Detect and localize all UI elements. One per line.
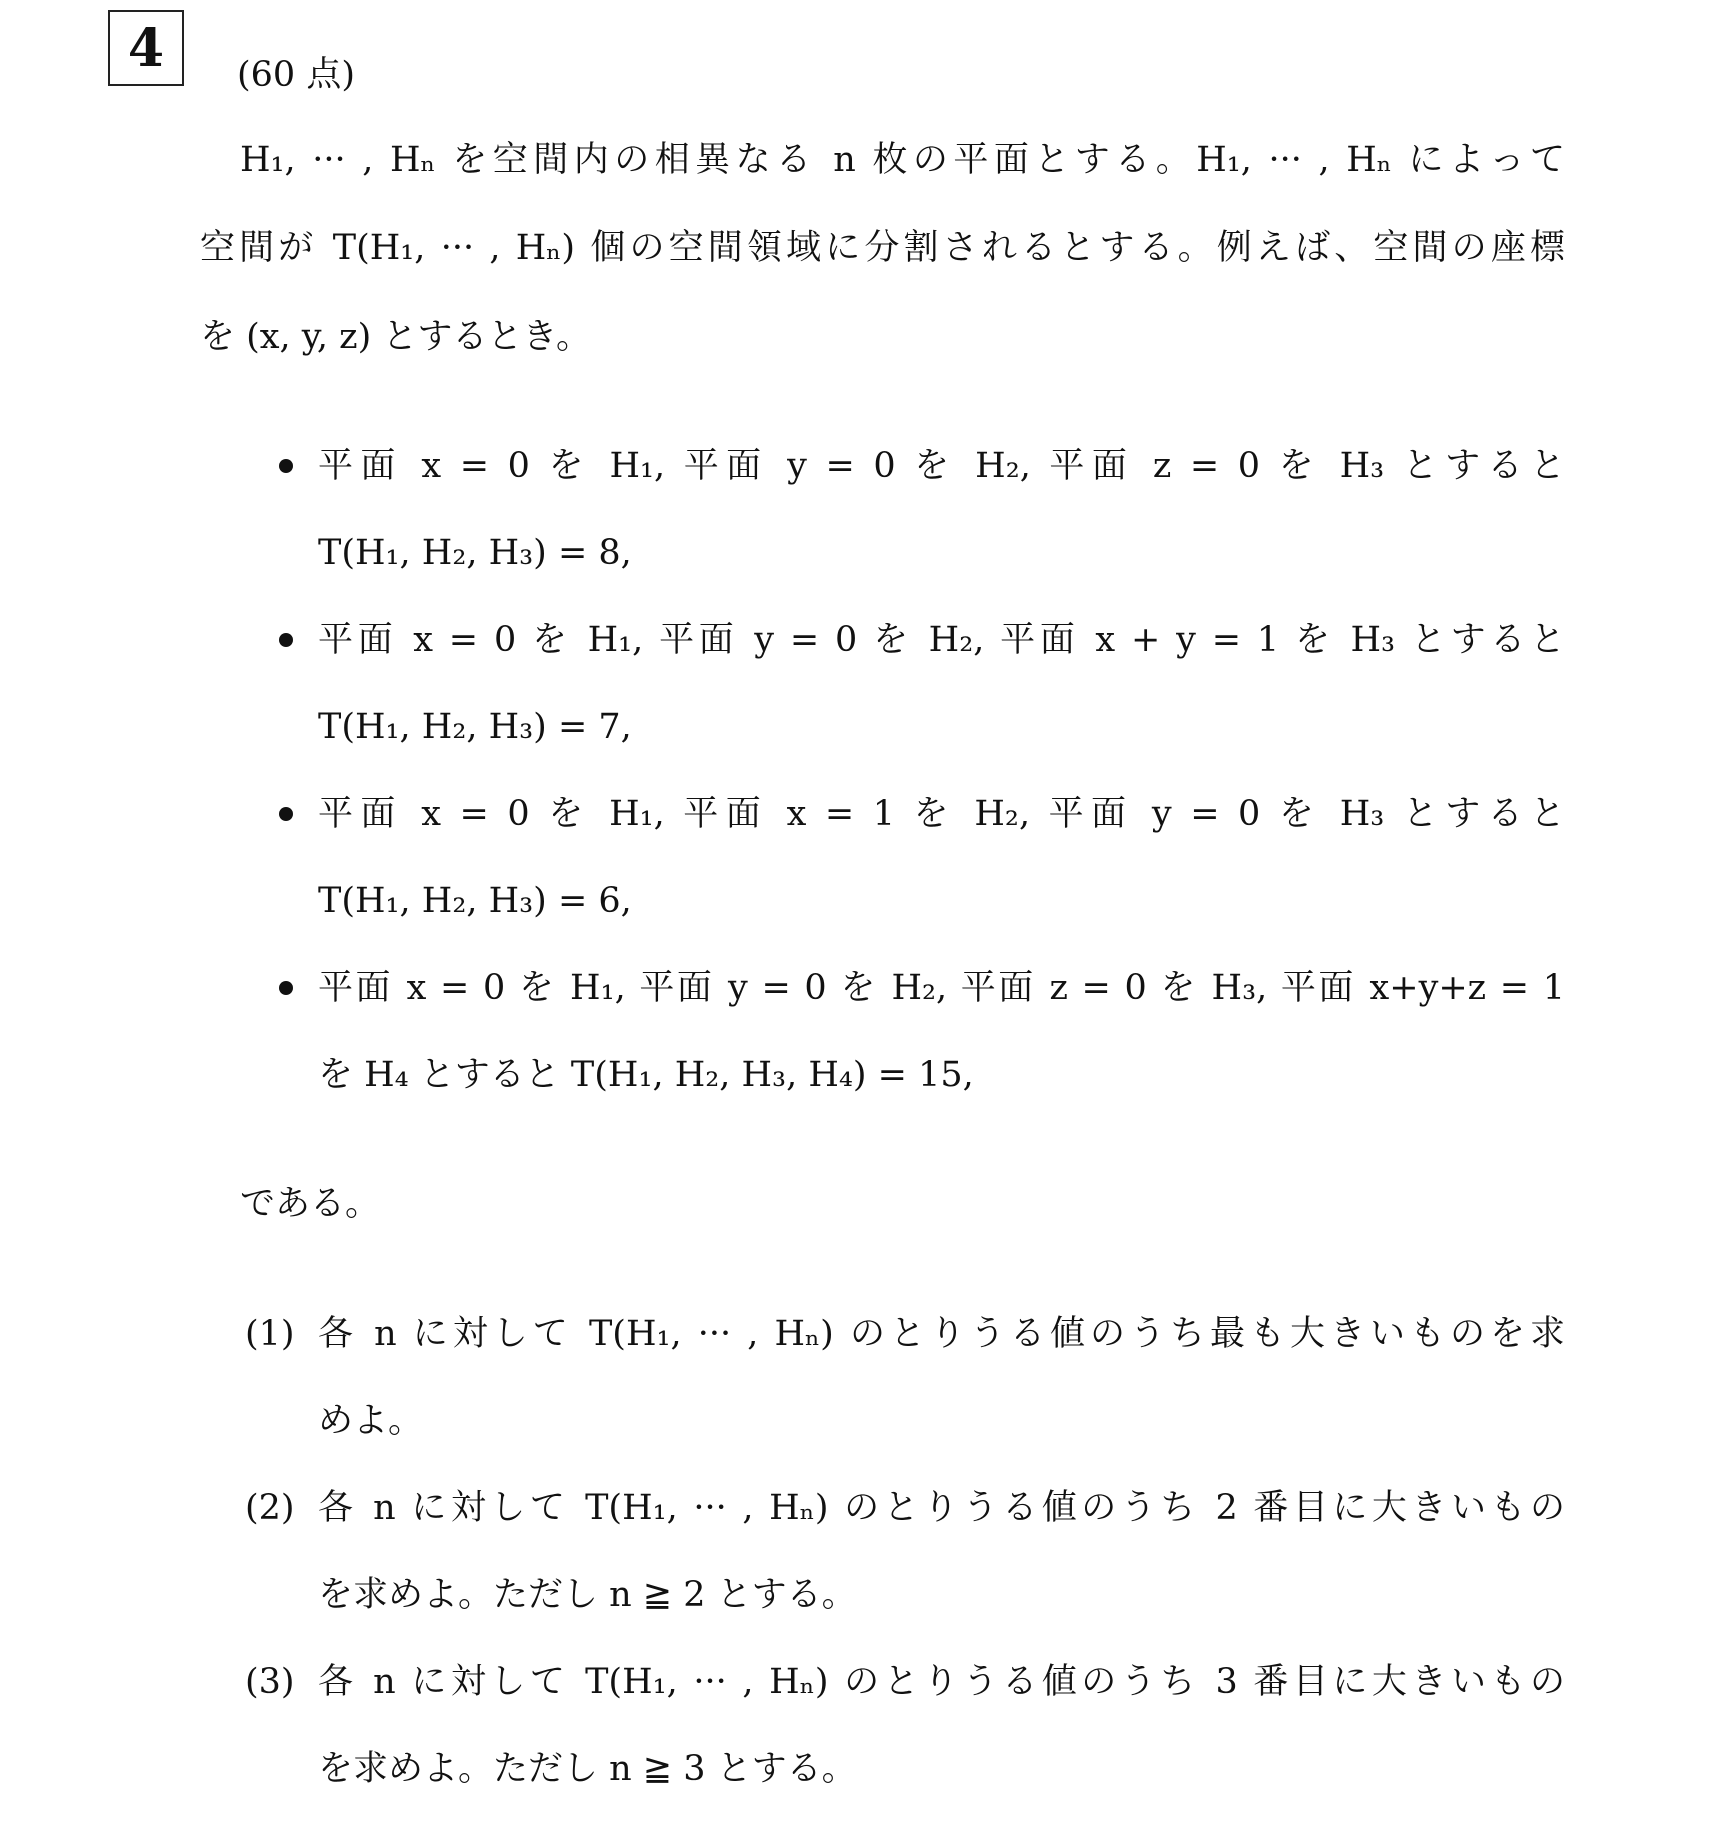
question-3-label: (3) <box>245 1660 295 1704</box>
bullet-icon <box>279 807 293 821</box>
example-1-line-1: 平面 x = 0 を H₁, 平面 y = 0 を H₂, 平面 z = 0 を… <box>318 444 1565 488</box>
example-2-line-1: 平面 x = 0 を H₁, 平面 y = 0 を H₂, 平面 x + y =… <box>318 618 1565 662</box>
example-3-line-2: T(H₁, H₂, H₃) = 6, <box>318 879 632 923</box>
example-1-line-2: T(H₁, H₂, H₃) = 8, <box>318 531 632 575</box>
question-1-line-1: 各 n に対して T(H₁, ··· , Hₙ) のとりうる値のうち最も大きいも… <box>318 1312 1565 1356</box>
question-2-label: (2) <box>245 1486 295 1530</box>
example-4-line-2: を H₄ とすると T(H₁, H₂, H₃, H₄) = 15, <box>318 1053 974 1097</box>
example-3-line-1: 平面 x = 0 を H₁, 平面 x = 1 を H₂, 平面 y = 0 を… <box>318 792 1565 836</box>
problem-number-box: 4 <box>108 10 184 86</box>
closing-text: である。 <box>240 1182 380 1226</box>
question-1-line-2: めよ。 <box>318 1399 423 1443</box>
bullet-icon <box>279 633 293 647</box>
question-1-label: (1) <box>245 1312 295 1356</box>
intro-line-2: 空間が T(H₁, ··· , Hₙ) 個の空間領域に分割されるとする。例えば、… <box>200 226 1565 270</box>
bullet-icon <box>279 981 293 995</box>
question-3-line-1: 各 n に対して T(H₁, ··· , Hₙ) のとりうる値のうち 3 番目に… <box>318 1660 1565 1704</box>
intro-line-1: H₁, ··· , Hₙ を空間内の相異なる n 枚の平面とする。H₁, ···… <box>240 138 1565 182</box>
question-3-line-2: を求めよ。ただし n ≧ 3 とする。 <box>318 1747 857 1791</box>
points-label: (60 点) <box>237 53 355 97</box>
problem-number: 4 <box>128 18 164 79</box>
question-2-line-2: を求めよ。ただし n ≧ 2 とする。 <box>318 1573 857 1617</box>
question-2-line-1: 各 n に対して T(H₁, ··· , Hₙ) のとりうる値のうち 2 番目に… <box>318 1486 1565 1530</box>
example-4-line-1: 平面 x = 0 を H₁, 平面 y = 0 を H₂, 平面 z = 0 を… <box>318 966 1565 1010</box>
intro-line-3: を (x, y, z) とするとき。 <box>200 315 591 359</box>
bullet-icon <box>279 459 293 473</box>
example-2-line-2: T(H₁, H₂, H₃) = 7, <box>318 705 632 749</box>
